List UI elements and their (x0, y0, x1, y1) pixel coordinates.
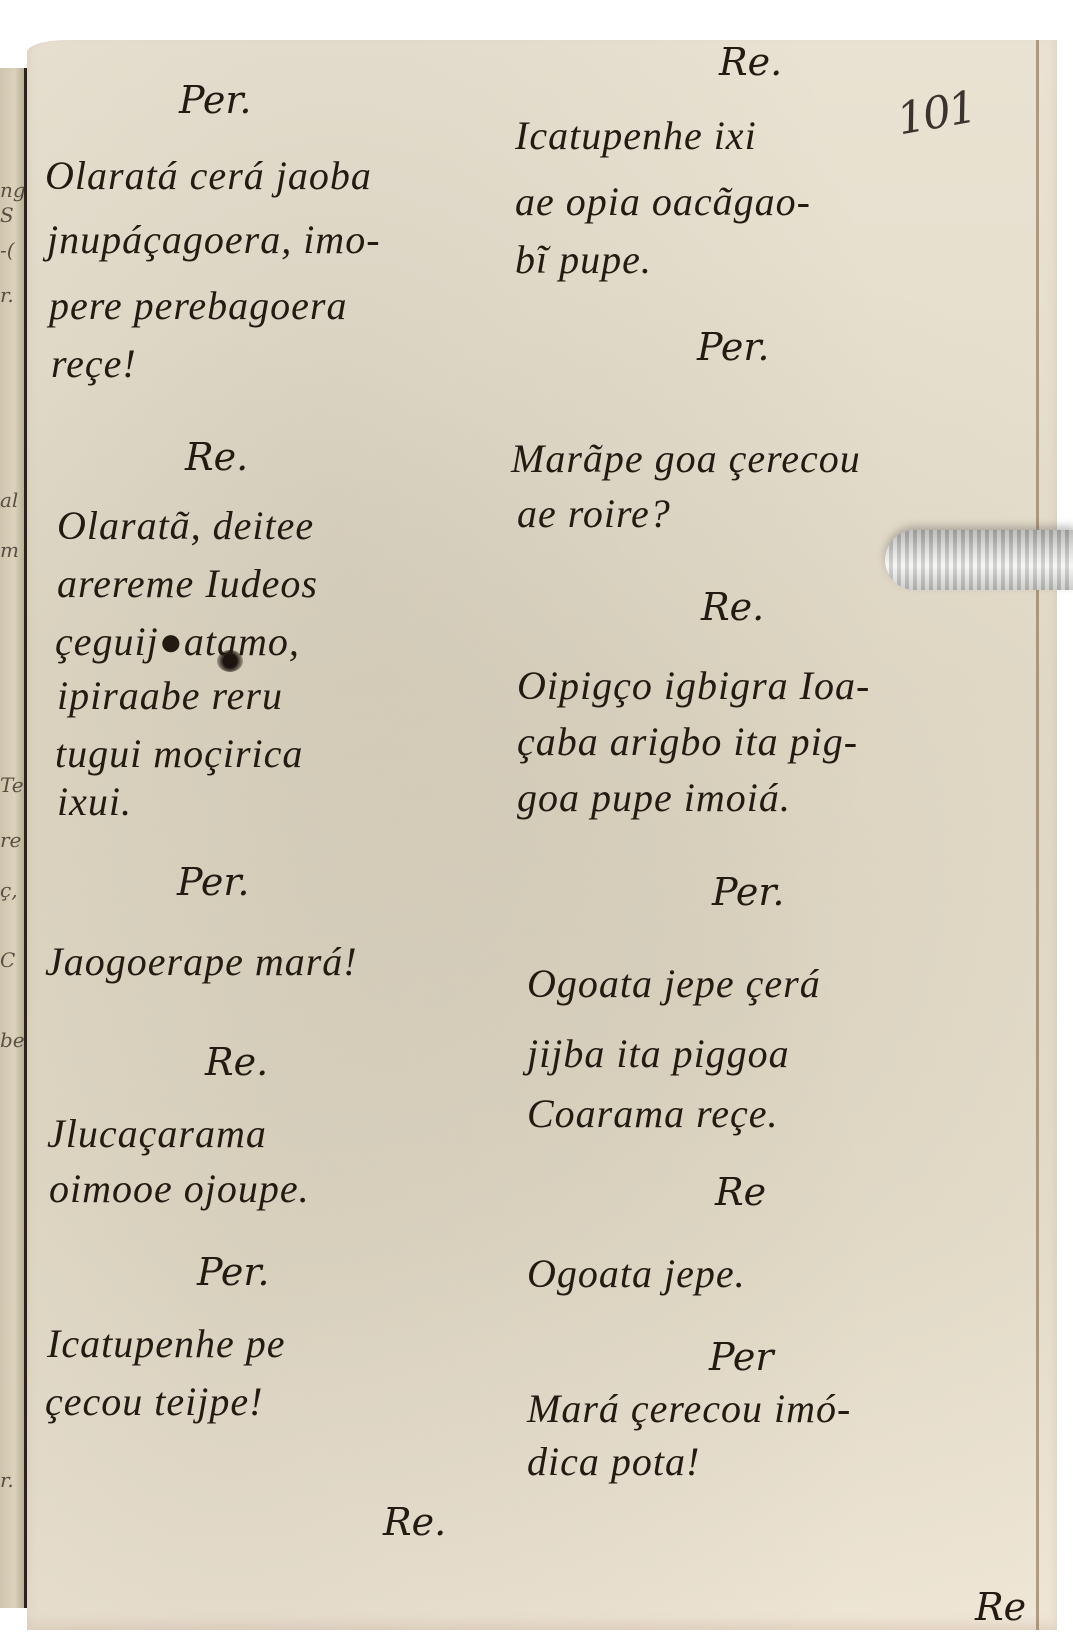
text-line: bĩ pupe. (515, 236, 652, 283)
page-number: 101 (893, 82, 979, 146)
previous-page-edge: ng S -( r. al m Te re ç, C be r. (0, 68, 27, 1608)
text-line: Icatupenhe ixi (515, 112, 757, 159)
ribbon-bookmark-icon (885, 530, 1073, 590)
text-line: ae opia oacãgao- (515, 178, 811, 225)
text-line: jijba ita piggoa (527, 1030, 790, 1077)
text-line: tugui moçirica (55, 730, 303, 777)
text-line: Ogoata jepe. (527, 1250, 746, 1297)
prev-page-fragment: ng (0, 178, 26, 202)
text-line: Jlucaçarama (47, 1110, 267, 1157)
text-line: oimooe ojoupe. (49, 1165, 310, 1212)
text-line: areremе Iudeos (57, 560, 318, 607)
prev-page-fragment: be (0, 1028, 25, 1052)
text-line: Olaratã, deitee (57, 502, 314, 549)
text-line: çecou teijpe! (45, 1378, 263, 1425)
prev-page-fragment: ç, (0, 878, 18, 902)
speaker-label-re: Re. (185, 435, 248, 479)
manuscript-page: 101 Per. Olaratá cerá jaoba jnupáçagoera… (27, 40, 1057, 1630)
speaker-label-per: Per. (179, 78, 251, 122)
speaker-label-per: Per (709, 1335, 774, 1379)
text-line: Olaratá cerá jaoba (45, 152, 372, 199)
text-line: dica pota! (527, 1438, 700, 1485)
prev-page-fragment: re (0, 828, 21, 852)
text-line: ae roire? (517, 490, 671, 537)
speaker-label-re: Re (715, 1170, 766, 1214)
speaker-label-re: Re (975, 1585, 1026, 1629)
text-line: Ogoata jepe çerá (527, 960, 821, 1007)
prev-page-fragment: C (0, 948, 15, 972)
speaker-label-per: Per. (697, 325, 769, 369)
speaker-label-per: Per. (712, 870, 784, 914)
text-line: Marãpe goa çerecou (511, 435, 861, 482)
prev-page-fragment: r. (0, 1468, 14, 1492)
prev-page-fragment: S (0, 203, 14, 227)
text-line: goa pupe imoiá. (517, 774, 791, 821)
text-line: çeguij●atamo, (55, 618, 300, 665)
prev-page-fragment: -( (0, 238, 15, 262)
prev-page-fragment: r. (0, 283, 14, 307)
speaker-label-re: Re. (701, 585, 764, 629)
prev-page-fragment: al (0, 488, 18, 512)
text-line: Coarama reçe. (527, 1090, 778, 1137)
prev-page-fragment: m (0, 538, 19, 562)
text-line: çaba arigbo ita pig- (517, 718, 858, 765)
text-line: jnupáçagoera, imo- (47, 216, 381, 263)
speaker-label-per: Per. (197, 1250, 269, 1294)
text-line: pere perebagoera (49, 282, 348, 329)
text-line: Icatupenhe pe (47, 1320, 285, 1367)
text-line: reçe! (51, 340, 137, 387)
text-line: ixui. (57, 778, 132, 825)
text-line: Oipigço igbigra Ioa- (517, 662, 870, 709)
speaker-label-re: Re. (383, 1500, 446, 1544)
text-line: ipiraabe reru (57, 672, 283, 719)
speaker-label-re: Re. (205, 1040, 268, 1084)
speaker-label-per: Per. (177, 860, 249, 904)
prev-page-fragment: Te (0, 773, 24, 797)
speaker-label-re: Re. (719, 40, 782, 84)
text-line: Jaogoerape mará! (45, 938, 358, 985)
text-line: Mará çerecou imó- (527, 1385, 851, 1432)
